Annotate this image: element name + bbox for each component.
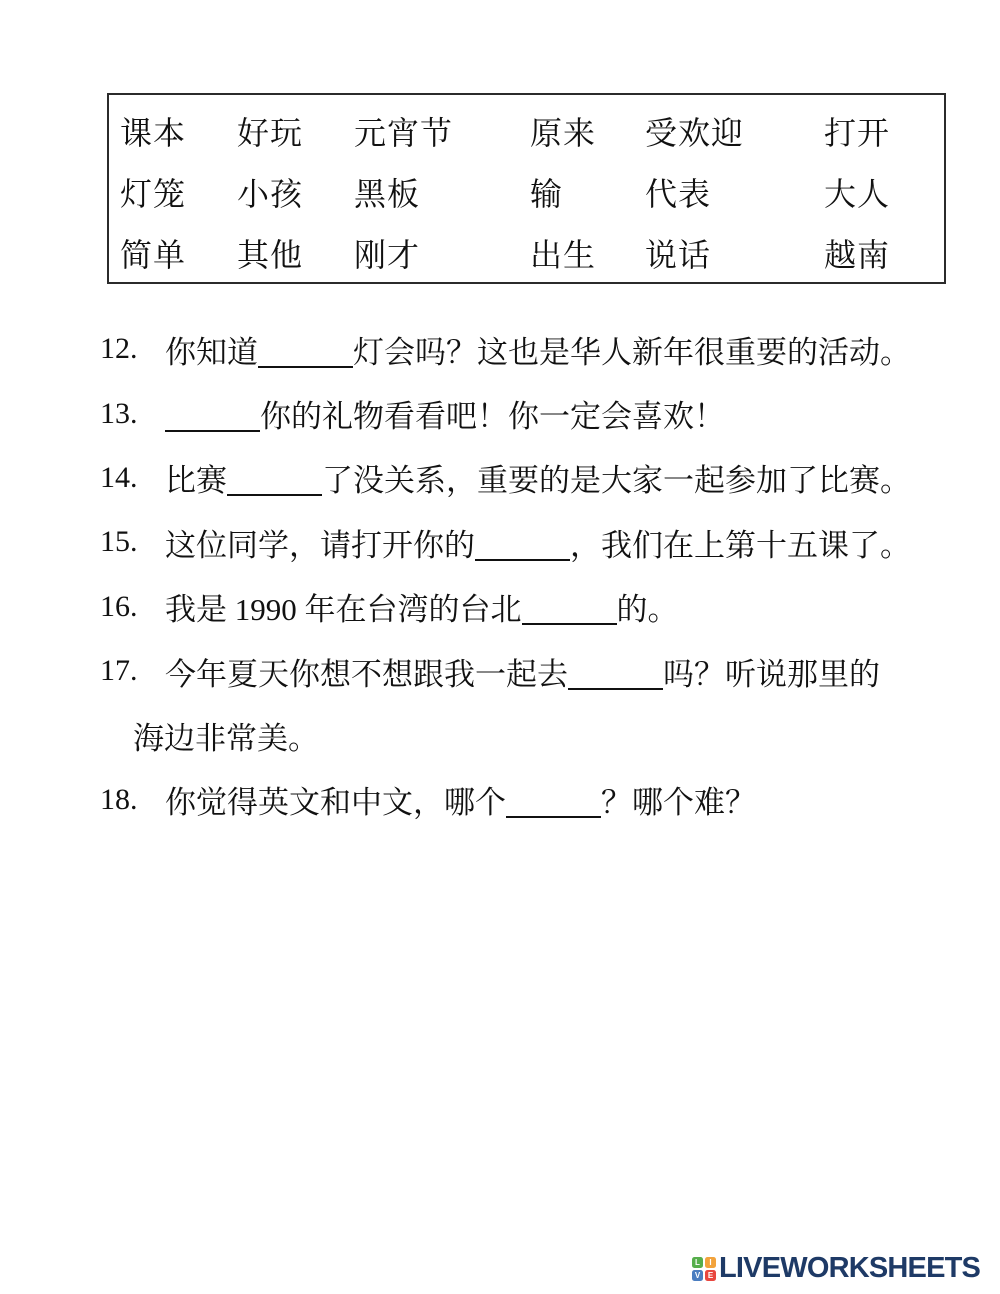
question-number: 16. (100, 590, 165, 624)
question-text-segment: 了没关系，重要的是大家一起参加了比赛。 (322, 463, 911, 498)
word-bank-word: 原来 (530, 100, 645, 161)
word-bank-word: 课本 (120, 100, 237, 161)
question-text-segment: 这位同学，请打开你的 (165, 528, 475, 563)
question-text-segment: 灯会吗？这也是华人新年很重要的活动。 (353, 335, 911, 370)
word-bank-word: 受欢迎 (645, 100, 824, 161)
question-text: 海边非常美。 (133, 713, 319, 758)
question-line: 16.我是 1990 年在台湾的台北的。 (0, 575, 1000, 639)
question-line: 海边非常美。 (0, 703, 1000, 767)
question-text-segment: 海边非常美。 (133, 721, 319, 756)
question-text: 今年夏天你想不想跟我一起去吗？听说那里的 (165, 649, 880, 694)
question-text-segment: 你觉得英文和中文，哪个 (165, 785, 506, 820)
answer-blank[interactable] (568, 688, 663, 690)
question-number: 18. (100, 783, 165, 817)
question-line: 14.比赛了没关系，重要的是大家一起参加了比赛。 (0, 446, 1000, 510)
logo-tile-i: I (705, 1257, 716, 1268)
question-number: 15. (100, 525, 165, 559)
word-bank-word: 灯笼 (120, 161, 237, 222)
question-text: 你知道灯会吗？这也是华人新年很重要的活动。 (165, 327, 911, 372)
word-bank-word: 黑板 (354, 161, 530, 222)
question-text: 比赛了没关系，重要的是大家一起参加了比赛。 (165, 455, 911, 500)
question-text: 你的礼物看看吧！你一定会喜欢！ (165, 391, 725, 436)
question-list: 12.你知道灯会吗？这也是华人新年很重要的活动。13.你的礼物看看吧！你一定会喜… (0, 317, 1000, 832)
answer-blank[interactable] (506, 816, 601, 818)
word-bank-grid: 课本好玩元宵节原来受欢迎打开灯笼小孩黑板输代表大人简单其他刚才出生说话越南 (109, 95, 944, 283)
question-text-segment: 我是 1990 年在台湾的台北 (165, 592, 522, 627)
question-text: 我是 1990 年在台湾的台北的。 (165, 584, 679, 629)
answer-blank[interactable] (522, 623, 617, 625)
logo-tile-v: V (692, 1270, 703, 1281)
question-text-segment: ，我们在上第十五课了。 (570, 528, 911, 563)
word-bank-word: 打开 (824, 100, 944, 161)
question-line: 13.你的礼物看看吧！你一定会喜欢！ (0, 381, 1000, 445)
question-text-segment: 比赛 (165, 463, 227, 498)
word-bank-word: 大人 (824, 161, 944, 222)
question-line: 15.这位同学，请打开你的，我们在上第十五课了。 (0, 510, 1000, 574)
answer-blank[interactable] (227, 494, 322, 496)
question-text-segment: 的。 (617, 592, 679, 627)
word-bank-word: 出生 (530, 222, 645, 283)
word-bank-word: 小孩 (237, 161, 354, 222)
answer-blank[interactable] (475, 559, 570, 561)
logo-tile-e: E (705, 1270, 716, 1281)
question-line: 18.你觉得英文和中文，哪个？哪个难？ (0, 768, 1000, 832)
word-bank-word: 其他 (237, 222, 354, 283)
worksheet-page: 课本好玩元宵节原来受欢迎打开灯笼小孩黑板输代表大人简单其他刚才出生说话越南 12… (0, 0, 1000, 1294)
question-text: 你觉得英文和中文，哪个？哪个难？ (165, 777, 756, 822)
word-bank-word: 说话 (645, 222, 824, 283)
question-text-segment: 吗？听说那里的 (663, 657, 880, 692)
word-bank-box: 课本好玩元宵节原来受欢迎打开灯笼小孩黑板输代表大人简单其他刚才出生说话越南 (107, 93, 946, 284)
answer-blank[interactable] (165, 430, 260, 432)
answer-blank[interactable] (258, 366, 353, 368)
logo-tile-l: L (692, 1257, 703, 1268)
word-bank-word: 简单 (120, 222, 237, 283)
liveworksheets-wordmark: LIVEWORKSHEETS (719, 1252, 980, 1285)
question-text-segment: 今年夏天你想不想跟我一起去 (165, 657, 568, 692)
question-number: 14. (100, 461, 165, 495)
word-bank-word: 元宵节 (354, 100, 530, 161)
question-text-segment: 你的礼物看看吧！你一定会喜欢！ (260, 399, 725, 434)
word-bank-word: 好玩 (237, 100, 354, 161)
word-bank-word: 刚才 (354, 222, 530, 283)
word-bank-word: 输 (530, 161, 645, 222)
question-number: 13. (100, 397, 165, 431)
question-number: 12. (100, 332, 165, 366)
word-bank-word: 越南 (824, 222, 944, 283)
question-text: 这位同学，请打开你的，我们在上第十五课了。 (165, 520, 911, 565)
question-text-segment: 你知道 (165, 335, 258, 370)
word-bank-word: 代表 (645, 161, 824, 222)
liveworksheets-logo[interactable]: LIVE LIVEWORKSHEETS (692, 1252, 980, 1285)
question-number: 17. (100, 654, 165, 688)
question-line: 12.你知道灯会吗？这也是华人新年很重要的活动。 (0, 317, 1000, 381)
question-text-segment: ？哪个难？ (601, 785, 756, 820)
liveworksheets-logo-icon: LIVE (692, 1257, 716, 1281)
question-line: 17.今年夏天你想不想跟我一起去吗？听说那里的 (0, 639, 1000, 703)
